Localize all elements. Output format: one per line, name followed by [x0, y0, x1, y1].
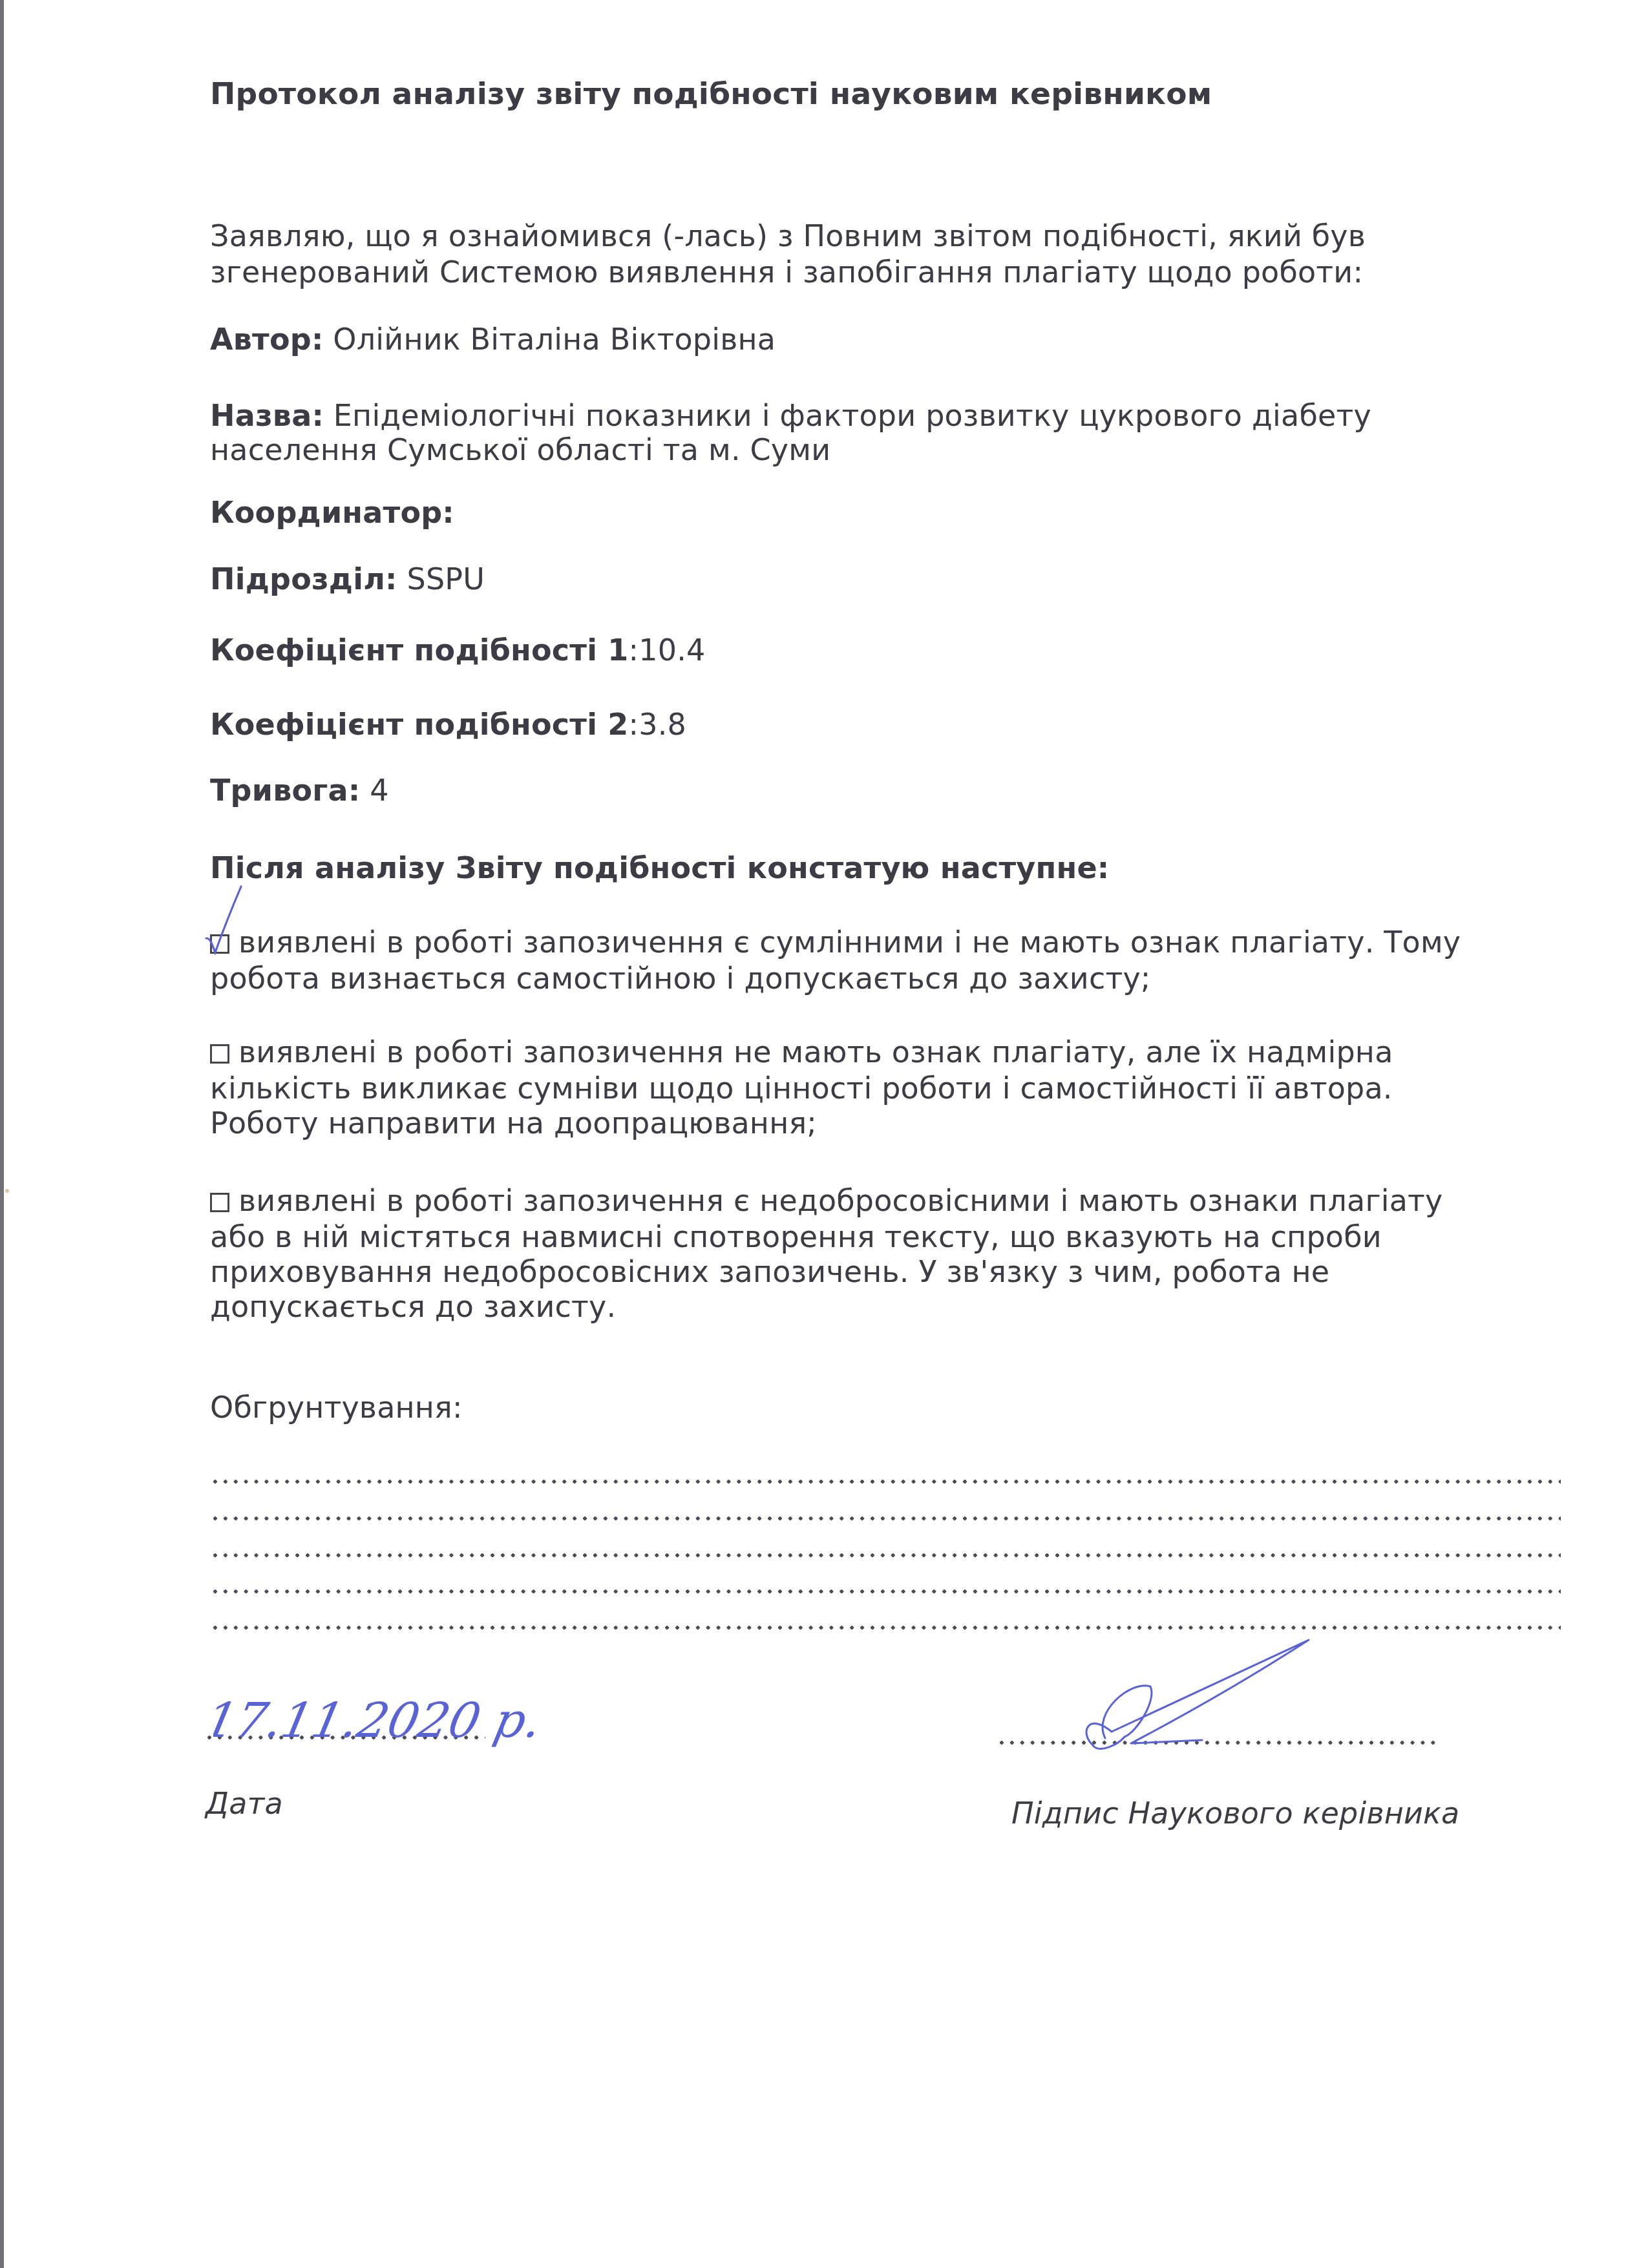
unit-value: SSPU — [407, 562, 485, 596]
option-3-line-4: допускається до захисту. — [210, 1288, 616, 1325]
option-2-line-1: виявлені в роботі запозичення не мають о… — [210, 1034, 1393, 1070]
handwritten-signature — [1053, 1635, 1344, 1764]
option-2-line-3: Роботу направити на доопрацювання; — [210, 1105, 817, 1141]
handwritten-date: 17.11.2020 р. — [213, 1686, 575, 1777]
signature-label: Підпис Наукового керівника — [1011, 1795, 1460, 1831]
justification-label: Обгрунтування: — [210, 1389, 463, 1425]
option-1-line-1: виявлені в роботі запозичення є сумлінни… — [210, 924, 1461, 960]
document-title: Протокол аналізу звіту подібності науков… — [210, 76, 1212, 112]
scan-speck — [5, 1189, 9, 1193]
author-field: Автор: Олійник Віталіна Вікторівна — [210, 321, 776, 357]
option-3-text: виявлені в роботі запозичення є недоброс… — [238, 1183, 1443, 1218]
unit-field: Підрозділ: SSPU — [210, 561, 485, 597]
justification-line-5[interactable] — [210, 1626, 1561, 1630]
similarity-coef-1-field: Коефіцієнт подібності 1:10.4 — [210, 632, 705, 668]
handwritten-checkmark-icon — [204, 885, 255, 960]
similarity-coef-2-value: :3.8 — [629, 707, 686, 742]
alarm-value: 4 — [370, 773, 388, 808]
option-3-line-3: приховування недобросовісних запозичень.… — [210, 1254, 1329, 1290]
work-title-label: Назва: — [210, 398, 324, 433]
date-label: Дата — [206, 1785, 283, 1822]
unit-label: Підрозділ: — [210, 562, 397, 596]
work-title-field: Назва: Епідеміологічні показники і факто… — [210, 397, 1371, 434]
option-2-checkbox[interactable] — [210, 1044, 229, 1064]
justification-line-4[interactable] — [210, 1590, 1561, 1593]
statement-line-2: згенерований Системою виявлення і запобі… — [210, 254, 1363, 290]
option-3-line-1: виявлені в роботі запозичення є недоброс… — [210, 1182, 1443, 1219]
author-label: Автор: — [210, 322, 324, 357]
similarity-coef-1-label: Коефіцієнт подібності 1 — [210, 633, 629, 667]
statement-line-1: Заявляю, що я ознайомився (-лась) з Повн… — [210, 218, 1366, 254]
option-1-line-2: робота визнається самостійною і допускає… — [210, 960, 1151, 996]
coordinator-label: Координатор: — [210, 495, 454, 530]
option-3-line-2: або в ній містяться навмисні спотворення… — [210, 1219, 1382, 1255]
similarity-coef-2-field: Коефіцієнт подібності 2:3.8 — [210, 706, 686, 742]
work-title-value-line-1: Епідеміологічні показники і фактори розв… — [333, 398, 1371, 433]
conclusion-heading: Після аналізу Звіту подібності констатую… — [210, 850, 1109, 886]
alarm-label: Тривога: — [210, 773, 360, 808]
justification-line-2[interactable] — [210, 1517, 1561, 1520]
option-2-line-2: кількість викликає сумніви щодо цінності… — [210, 1070, 1393, 1106]
svg-text:17.11.2020 р.: 17.11.2020 р. — [213, 1693, 547, 1748]
similarity-coef-2-label: Коефіцієнт подібності 2 — [210, 707, 629, 742]
justification-line-1[interactable] — [210, 1480, 1561, 1484]
coordinator-field: Координатор: — [210, 494, 454, 530]
justification-line-3[interactable] — [210, 1553, 1561, 1557]
option-1-text: виявлені в роботі запозичення є сумлінни… — [238, 925, 1461, 960]
similarity-coef-1-value: :10.4 — [629, 633, 706, 667]
work-title-value-line-2: населення Сумської області та м. Суми — [210, 432, 830, 468]
scan-edge — [0, 0, 4, 2268]
author-value: Олійник Віталіна Вікторівна — [333, 322, 776, 357]
option-2-text: виявлені в роботі запозичення не мають о… — [238, 1034, 1393, 1069]
option-3-checkbox[interactable] — [210, 1193, 229, 1212]
alarm-field: Тривога: 4 — [210, 772, 389, 808]
